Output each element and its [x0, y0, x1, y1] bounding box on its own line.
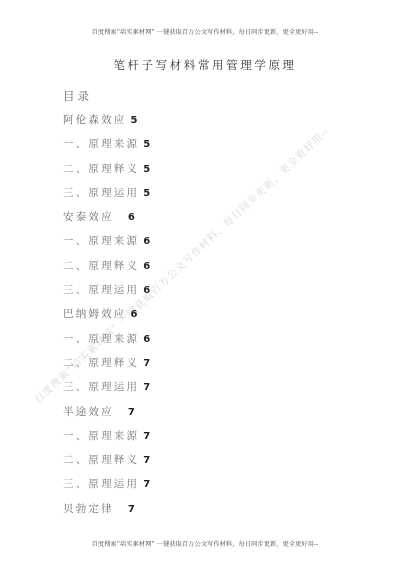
toc-entry-subsection[interactable]: 三、原理运用7: [63, 472, 150, 496]
toc-entry-subsection[interactable]: 一、原理来源7: [63, 424, 150, 448]
toc-entry-section[interactable]: 阿伦森效应5: [63, 108, 150, 132]
toc-entry-subsection[interactable]: 二、原理释义6: [63, 254, 150, 278]
toc-entry-subsection[interactable]: 二、原理释义7: [63, 448, 150, 472]
toc-entry-page-number: 7: [128, 504, 135, 515]
toc-entry-section[interactable]: 安泰效应6: [63, 205, 150, 229]
toc-entry-label: 二、原理释义: [63, 163, 139, 175]
toc-entry-label: 三、原理运用: [63, 478, 139, 490]
toc-entry-page-number: 6: [143, 236, 150, 247]
toc-entry-label: 二、原理释义: [63, 454, 139, 466]
toc-entry-label: 半途效应: [63, 406, 114, 418]
toc-entry-page-number: 5: [143, 164, 150, 175]
toc-entry-label: 三、原理运用: [63, 381, 139, 393]
toc-entry-label: 一、原理来源: [63, 138, 139, 150]
toc-entry-subsection[interactable]: 二、原理释义5: [63, 157, 150, 181]
toc-entry-page-number: 6: [128, 212, 135, 223]
toc-entry-label: 贝勃定律: [63, 503, 114, 515]
toc-entry-label: 三、原理运用: [63, 187, 139, 199]
footer-banner: 百度搜索“培实素材网” 一键获取百万公文写作材料，每日同步更新，更全更好用--: [0, 539, 410, 548]
toc-entry-page-number: 6: [143, 334, 150, 345]
toc-entry-page-number: 5: [143, 188, 150, 199]
toc-entry-label: 巴纳姆效应: [63, 308, 127, 320]
document-title: 笔杆子写材料常用管理学原理: [0, 57, 410, 73]
toc-entry-page-number: 6: [131, 309, 138, 320]
toc-entry-section[interactable]: 半途效应7: [63, 400, 150, 424]
toc-entry-label: 一、原理来源: [63, 430, 139, 442]
toc-entry-section[interactable]: 贝勃定律7: [63, 497, 150, 521]
toc-entry-subsection[interactable]: 三、原理运用6: [63, 278, 150, 302]
toc-entry-page-number: 5: [143, 139, 150, 150]
toc-entry-subsection[interactable]: 三、原理运用5: [63, 181, 150, 205]
toc-entry-label: 一、原理来源: [63, 235, 139, 247]
toc-entry-page-number: 6: [143, 261, 150, 272]
toc-entry-subsection[interactable]: 二、原理释义7: [63, 351, 150, 375]
toc-entry-page-number: 7: [143, 455, 150, 466]
toc-entry-subsection[interactable]: 一、原理来源6: [63, 229, 150, 253]
toc-entry-label: 安泰效应: [63, 211, 114, 223]
toc-entry-label: 阿伦森效应: [63, 114, 127, 126]
toc-entry-label: 二、原理释义: [63, 357, 139, 369]
toc-heading: 目录: [63, 88, 92, 104]
toc-entry-label: 二、原理释义: [63, 260, 139, 272]
toc-entry-page-number: 7: [143, 358, 150, 369]
toc-entry-page-number: 7: [143, 382, 150, 393]
toc-entry-label: 一、原理来源: [63, 333, 139, 345]
toc-entry-subsection[interactable]: 一、原理来源5: [63, 132, 150, 156]
toc-entry-subsection[interactable]: 三、原理运用7: [63, 375, 150, 399]
toc-entry-page-number: 7: [143, 431, 150, 442]
toc-entry-page-number: 7: [143, 479, 150, 490]
toc-entry-page-number: 7: [128, 407, 135, 418]
toc-entry-label: 三、原理运用: [63, 284, 139, 296]
table-of-contents: 阿伦森效应5一、原理来源5二、原理释义5三、原理运用5安泰效应6一、原理来源6二…: [63, 108, 150, 521]
toc-entry-subsection[interactable]: 一、原理来源6: [63, 327, 150, 351]
toc-entry-page-number: 6: [143, 285, 150, 296]
toc-entry-page-number: 5: [131, 115, 138, 126]
toc-entry-section[interactable]: 巴纳姆效应6: [63, 302, 150, 326]
header-banner: 百度搜索“培实素材网” 一键获取百万公文写作材料，每日同步更新，更全更好用--: [0, 27, 410, 36]
